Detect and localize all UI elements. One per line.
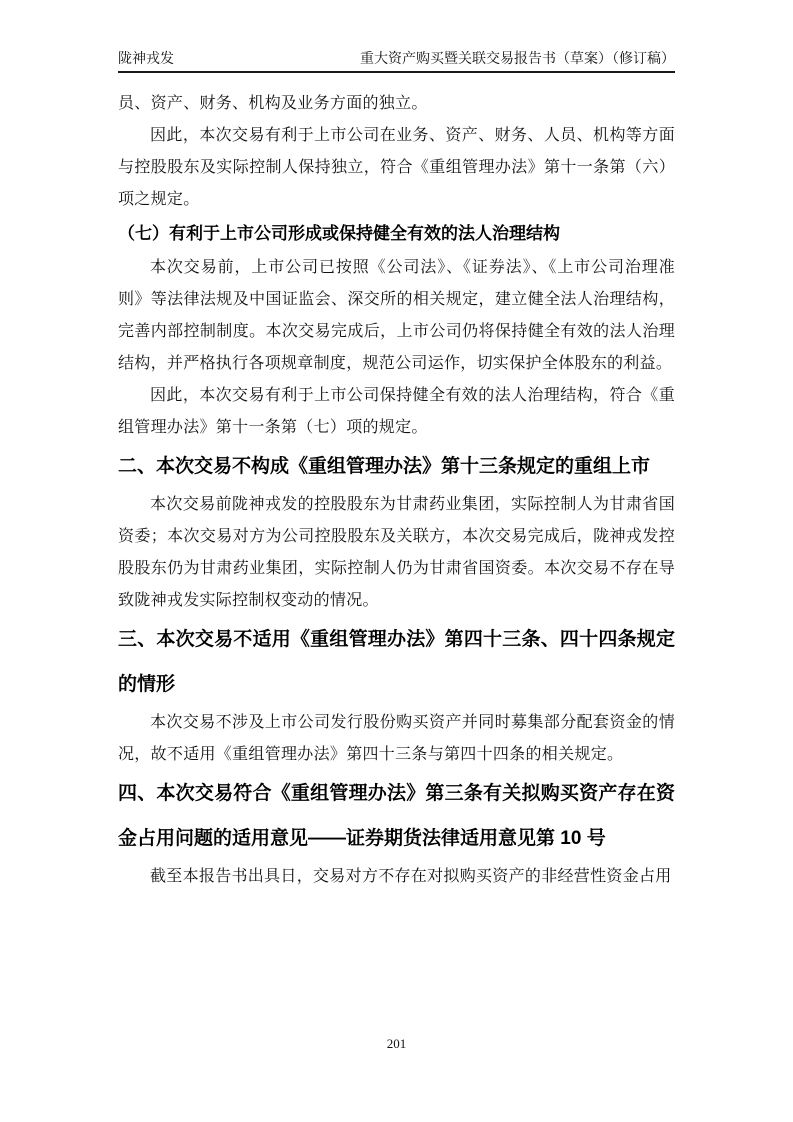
section-heading-level1: 二、本次交易不构成《重组管理办法》第十三条规定的重组上市 — [118, 444, 675, 489]
document-body: 员、资产、财务、机构及业务方面的独立。 因此，本次交易有利于上市公司在业务、资产… — [118, 88, 675, 893]
header-short-title: 陇神戎发 — [118, 50, 174, 70]
paragraph: 因此，本次交易有利于上市公司保持健全有效的法人治理结构，符合《重组管理办法》第十… — [118, 380, 675, 444]
paragraph: 本次交易前陇神戎发的控股股东为甘肃药业集团，实际控制人为甘肃省国资委；本次交易对… — [118, 489, 675, 617]
paragraph: 本次交易前，上市公司已按照《公司法》、《证券法》、《上市公司治理准则》等法律法规… — [118, 252, 675, 380]
section-heading-level2: （七）有利于上市公司形成或保持健全有效的法人治理结构 — [118, 216, 675, 252]
paragraph: 因此，本次交易有利于上市公司在业务、资产、财务、人员、机构等方面与控股股东及实际… — [118, 120, 675, 216]
paragraph: 本次交易不涉及上市公司发行股份购买资产并同时募集部分配套资金的情况，故不适用《重… — [118, 707, 675, 771]
document-page: 陇神戎发 重大资产购买暨关联交易报告书（草案）（修订稿） 员、资产、财务、机构及… — [0, 0, 793, 1122]
page-number: 201 — [387, 1036, 407, 1051]
header-report-title: 重大资产购买暨关联交易报告书（草案）（修订稿） — [360, 50, 675, 70]
page-footer: 201 — [0, 1035, 793, 1053]
paragraph: 截至本报告书出具日，交易对方不存在对拟购买资产的非经营性资金占用 — [118, 861, 675, 893]
section-heading-level1: 三、本次交易不适用《重组管理办法》第四十三条、四十四条规定的情形 — [118, 617, 675, 707]
page-header: 陇神戎发 重大资产购买暨关联交易报告书（草案）（修订稿） — [118, 50, 675, 73]
section-heading-level1: 四、本次交易符合《重组管理办法》第三条有关拟购买资产存在资金占用问题的适用意见—… — [118, 771, 675, 861]
paragraph-continuation: 员、资产、财务、机构及业务方面的独立。 — [118, 88, 675, 120]
